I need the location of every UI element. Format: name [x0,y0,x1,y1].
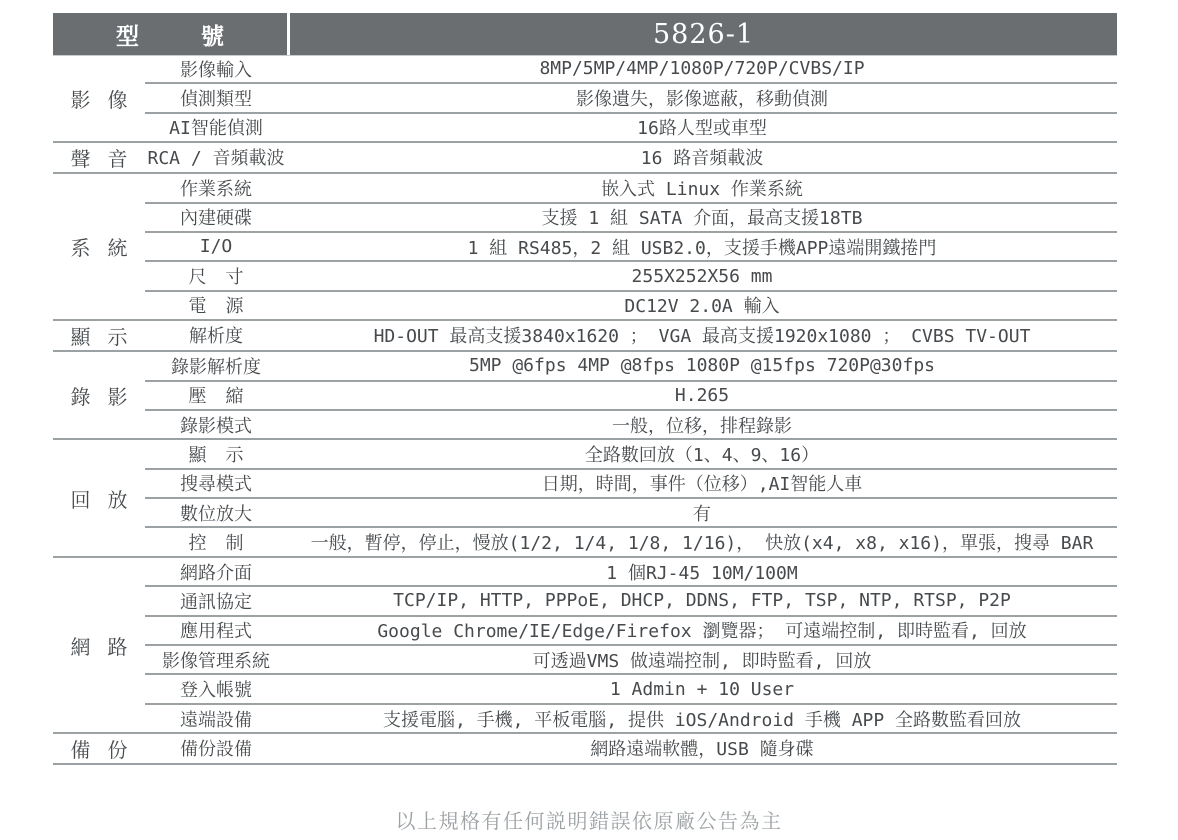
spec-row: I/O1 組 RS485，2 組 USB2.0，支援手機APP遠端開鐵捲門 [145,233,1117,262]
spec-label: 備份設備 [145,735,287,761]
spec-row: 登入帳號1 Admin + 10 User [145,675,1117,704]
spec-row: 作業系統嵌入式 Linux 作業系統 [145,174,1117,203]
spec-sheet-page: 型號 5826-1 影像影像輸入8MP/5MP/4MP/1080P/720P/C… [0,0,1178,840]
spec-label: 遠端設備 [145,706,287,732]
spec-section: 回放顯示全路數回放（1、4、9、16）搜尋模式日期，時間，事件（位移）,AI智能… [53,440,1117,558]
section-rows: 錄影解析度5MP @6fps 4MP @8fps 1080P @15fps 72… [145,352,1117,438]
spec-label: 登入帳號 [145,676,287,702]
category-cell: 顯示 [53,321,145,350]
spec-row: 影像輸入8MP/5MP/4MP/1080P/720P/CVBS/IP [145,55,1117,84]
spec-label: 內建硬碟 [145,204,287,230]
spec-value: 16 路音頻載波 [287,144,1117,170]
spec-section: 系統作業系統嵌入式 Linux 作業系統內建硬碟支援 1 組 SATA 介面，最… [53,174,1117,321]
spec-row: 偵測類型影像遺失，影像遮蔽，移動偵測 [145,84,1117,113]
spec-section: 聲音RCA / 音頻載波16 路音頻載波 [53,143,1117,174]
spec-value: 影像遺失，影像遮蔽，移動偵測 [287,85,1117,111]
spec-value: TCP/IP, HTTP, PPPoE, DHCP, DDNS, FTP, TS… [287,590,1117,611]
category-label: 影像 [71,84,145,113]
spec-value: 16路人型或車型 [287,114,1117,140]
spec-label: 搜尋模式 [145,470,287,496]
table-header: 型號 5826-1 [53,13,1117,55]
category-label: 備份 [71,734,145,763]
spec-row: 影像管理系統可透過VMS 做遠端控制, 即時監看, 回放 [145,646,1117,675]
spec-label: 網路介面 [145,559,287,585]
spec-row: 控制一般，暫停，停止，慢放(1/2, 1/4, 1/8, 1/16)， 快放(x… [145,528,1117,555]
spec-value: 1 組 RS485，2 組 USB2.0，支援手機APP遠端開鐵捲門 [287,234,1117,260]
spec-value: 支援電腦, 手機, 平板電腦, 提供 iOS/Android 手機 APP 全路… [287,706,1117,732]
category-cell: 錄影 [53,352,145,438]
category-cell: 聲音 [53,143,145,172]
category-label: 聲音 [71,143,145,172]
section-rows: RCA / 音頻載波16 路音頻載波 [145,143,1117,172]
section-rows: 顯示全路數回放（1、4、9、16）搜尋模式日期，時間，事件（位移）,AI智能人車… [145,440,1117,556]
section-rows: 解析度HD-OUT 最高支援3840x1620 ； VGA 最高支援1920x1… [145,321,1117,350]
spec-value: 8MP/5MP/4MP/1080P/720P/CVBS/IP [287,58,1117,79]
spec-label: 影像輸入 [145,56,287,82]
spec-value: 1 個RJ-45 10M/100M [287,559,1117,585]
spec-row: 通訊協定TCP/IP, HTTP, PPPoE, DHCP, DDNS, FTP… [145,587,1117,616]
spec-section: 影像影像輸入8MP/5MP/4MP/1080P/720P/CVBS/IP偵測類型… [53,55,1117,143]
spec-label: 應用程式 [145,617,287,643]
spec-body: 影像影像輸入8MP/5MP/4MP/1080P/720P/CVBS/IP偵測類型… [53,55,1117,765]
category-label: 網路 [71,631,145,660]
spec-table: 型號 5826-1 影像影像輸入8MP/5MP/4MP/1080P/720P/C… [53,13,1117,765]
spec-label: RCA / 音頻載波 [145,144,287,170]
spec-value: 可透過VMS 做遠端控制, 即時監看, 回放 [287,647,1117,673]
section-rows: 備份設備網路遠端軟體，USB 隨身碟 [145,734,1117,763]
spec-row: 備份設備網路遠端軟體，USB 隨身碟 [145,734,1117,761]
category-cell: 備份 [53,734,145,763]
spec-row: 錄影解析度5MP @6fps 4MP @8fps 1080P @15fps 72… [145,352,1117,381]
spec-label: 錄影模式 [145,412,287,438]
category-cell: 回放 [53,440,145,556]
section-rows: 網路介面1 個RJ-45 10M/100M通訊協定TCP/IP, HTTP, P… [145,558,1117,732]
category-label: 系統 [71,232,145,261]
model-label: 型號 [116,18,286,51]
spec-label: I/O [145,236,287,257]
spec-value: DC12V 2.0A 輸入 [287,292,1117,318]
spec-row: AI智能偵測16路人型或車型 [145,114,1117,141]
spec-section: 網路網路介面1 個RJ-45 10M/100M通訊協定TCP/IP, HTTP,… [53,558,1117,734]
spec-row: 解析度HD-OUT 最高支援3840x1620 ； VGA 最高支援1920x1… [145,321,1117,348]
model-label-cell: 型號 [53,13,287,55]
spec-label: 偵測類型 [145,85,287,111]
spec-section: 顯示解析度HD-OUT 最高支援3840x1620 ； VGA 最高支援1920… [53,321,1117,352]
spec-row: 數位放大有 [145,499,1117,528]
spec-label: 通訊協定 [145,588,287,614]
spec-row: 網路介面1 個RJ-45 10M/100M [145,558,1117,587]
spec-section: 錄影錄影解析度5MP @6fps 4MP @8fps 1080P @15fps … [53,352,1117,440]
spec-value: 5MP @6fps 4MP @8fps 1080P @15fps 720P@30… [287,355,1117,376]
spec-label: AI智能偵測 [145,114,287,140]
category-label: 回放 [71,484,145,513]
spec-label: 解析度 [145,322,287,348]
spec-value: HD-OUT 最高支援3840x1620 ； VGA 最高支援1920x1080… [287,322,1117,348]
spec-label: 影像管理系統 [145,647,287,673]
category-cell: 影像 [53,55,145,141]
spec-label: 壓縮 [145,382,287,408]
category-cell: 網路 [53,558,145,732]
spec-row: 錄影模式一般，位移，排程錄影 [145,411,1117,438]
spec-value: H.265 [287,385,1117,406]
spec-label: 尺寸 [145,263,287,289]
spec-section: 備份備份設備網路遠端軟體，USB 隨身碟 [53,734,1117,765]
spec-value: 支援 1 組 SATA 介面，最高支援18TB [287,204,1117,230]
spec-label: 數位放大 [145,500,287,526]
spec-label: 作業系統 [145,175,287,201]
spec-row: 顯示全路數回放（1、4、9、16） [145,440,1117,469]
section-rows: 作業系統嵌入式 Linux 作業系統內建硬碟支援 1 組 SATA 介面，最高支… [145,174,1117,319]
spec-value: 一般，位移，排程錄影 [287,412,1117,438]
spec-row: 尺寸255X252X56 mm [145,262,1117,291]
spec-value: 全路數回放（1、4、9、16） [287,441,1117,467]
spec-value: 1 Admin + 10 User [287,679,1117,700]
spec-label: 電源 [145,292,287,318]
spec-value: 日期，時間，事件（位移）,AI智能人車 [287,470,1117,496]
spec-value: 有 [287,500,1117,526]
spec-label: 顯示 [145,441,287,467]
model-number: 5826-1 [653,19,754,50]
model-number-cell: 5826-1 [290,13,1117,55]
footer-note: 以上規格有任何説明錯誤依原廠公告為主 [0,805,1178,834]
spec-value: 網路遠端軟體，USB 隨身碟 [287,735,1117,761]
category-label: 錄影 [71,381,145,410]
spec-value: 255X252X56 mm [287,266,1117,287]
spec-value: 一般，暫停，停止，慢放(1/2, 1/4, 1/8, 1/16)， 快放(x4,… [287,529,1117,555]
section-rows: 影像輸入8MP/5MP/4MP/1080P/720P/CVBS/IP偵測類型影像… [145,55,1117,141]
spec-row: 遠端設備支援電腦, 手機, 平板電腦, 提供 iOS/Android 手機 AP… [145,705,1117,732]
spec-label: 錄影解析度 [145,353,287,379]
spec-row: 電源DC12V 2.0A 輸入 [145,292,1117,319]
spec-value: Google Chrome/IE/Edge/Firefox 瀏覽器； 可遠端控制… [287,617,1117,643]
spec-row: 壓縮H.265 [145,382,1117,411]
category-label: 顯示 [71,321,145,350]
spec-label: 控制 [145,529,287,555]
spec-row: 搜尋模式日期，時間，事件（位移）,AI智能人車 [145,470,1117,499]
spec-row: RCA / 音頻載波16 路音頻載波 [145,143,1117,170]
spec-row: 內建硬碟支援 1 組 SATA 介面，最高支援18TB [145,204,1117,233]
spec-row: 應用程式Google Chrome/IE/Edge/Firefox 瀏覽器； 可… [145,617,1117,646]
spec-value: 嵌入式 Linux 作業系統 [287,175,1117,201]
category-cell: 系統 [53,174,145,319]
